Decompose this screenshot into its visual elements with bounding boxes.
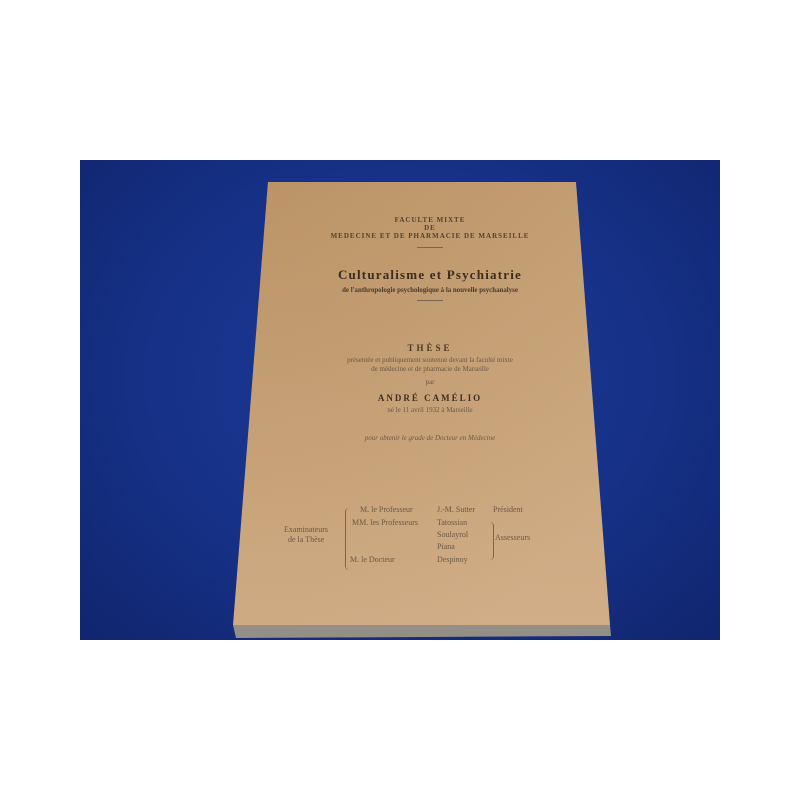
jury-role: M. le Professeur — [360, 505, 413, 514]
jury-label-line-1: Examinateurs — [284, 525, 328, 534]
jury-name: Tatossian — [437, 518, 467, 527]
jury-name: J.-M. Sutter — [437, 505, 475, 514]
right-brace — [489, 522, 494, 560]
book: FACULTE MIXTE DE MEDECINE ET DE PHARMACI… — [0, 0, 800, 800]
assessors-label: Assesseurs — [495, 533, 530, 542]
jury-name: Piana — [437, 542, 455, 551]
jury-role: MM. les Professeurs — [352, 518, 418, 527]
jury-title: Président — [493, 505, 523, 514]
jury-name: Soulayrol — [437, 530, 468, 539]
jury-block: Examinateurs de la Thèse M. le Professeu… — [0, 0, 800, 800]
jury-label-line-2: de la Thèse — [288, 535, 324, 544]
jury-name: Despinoy — [437, 555, 468, 564]
jury-role: M. le Docteur — [350, 555, 395, 564]
